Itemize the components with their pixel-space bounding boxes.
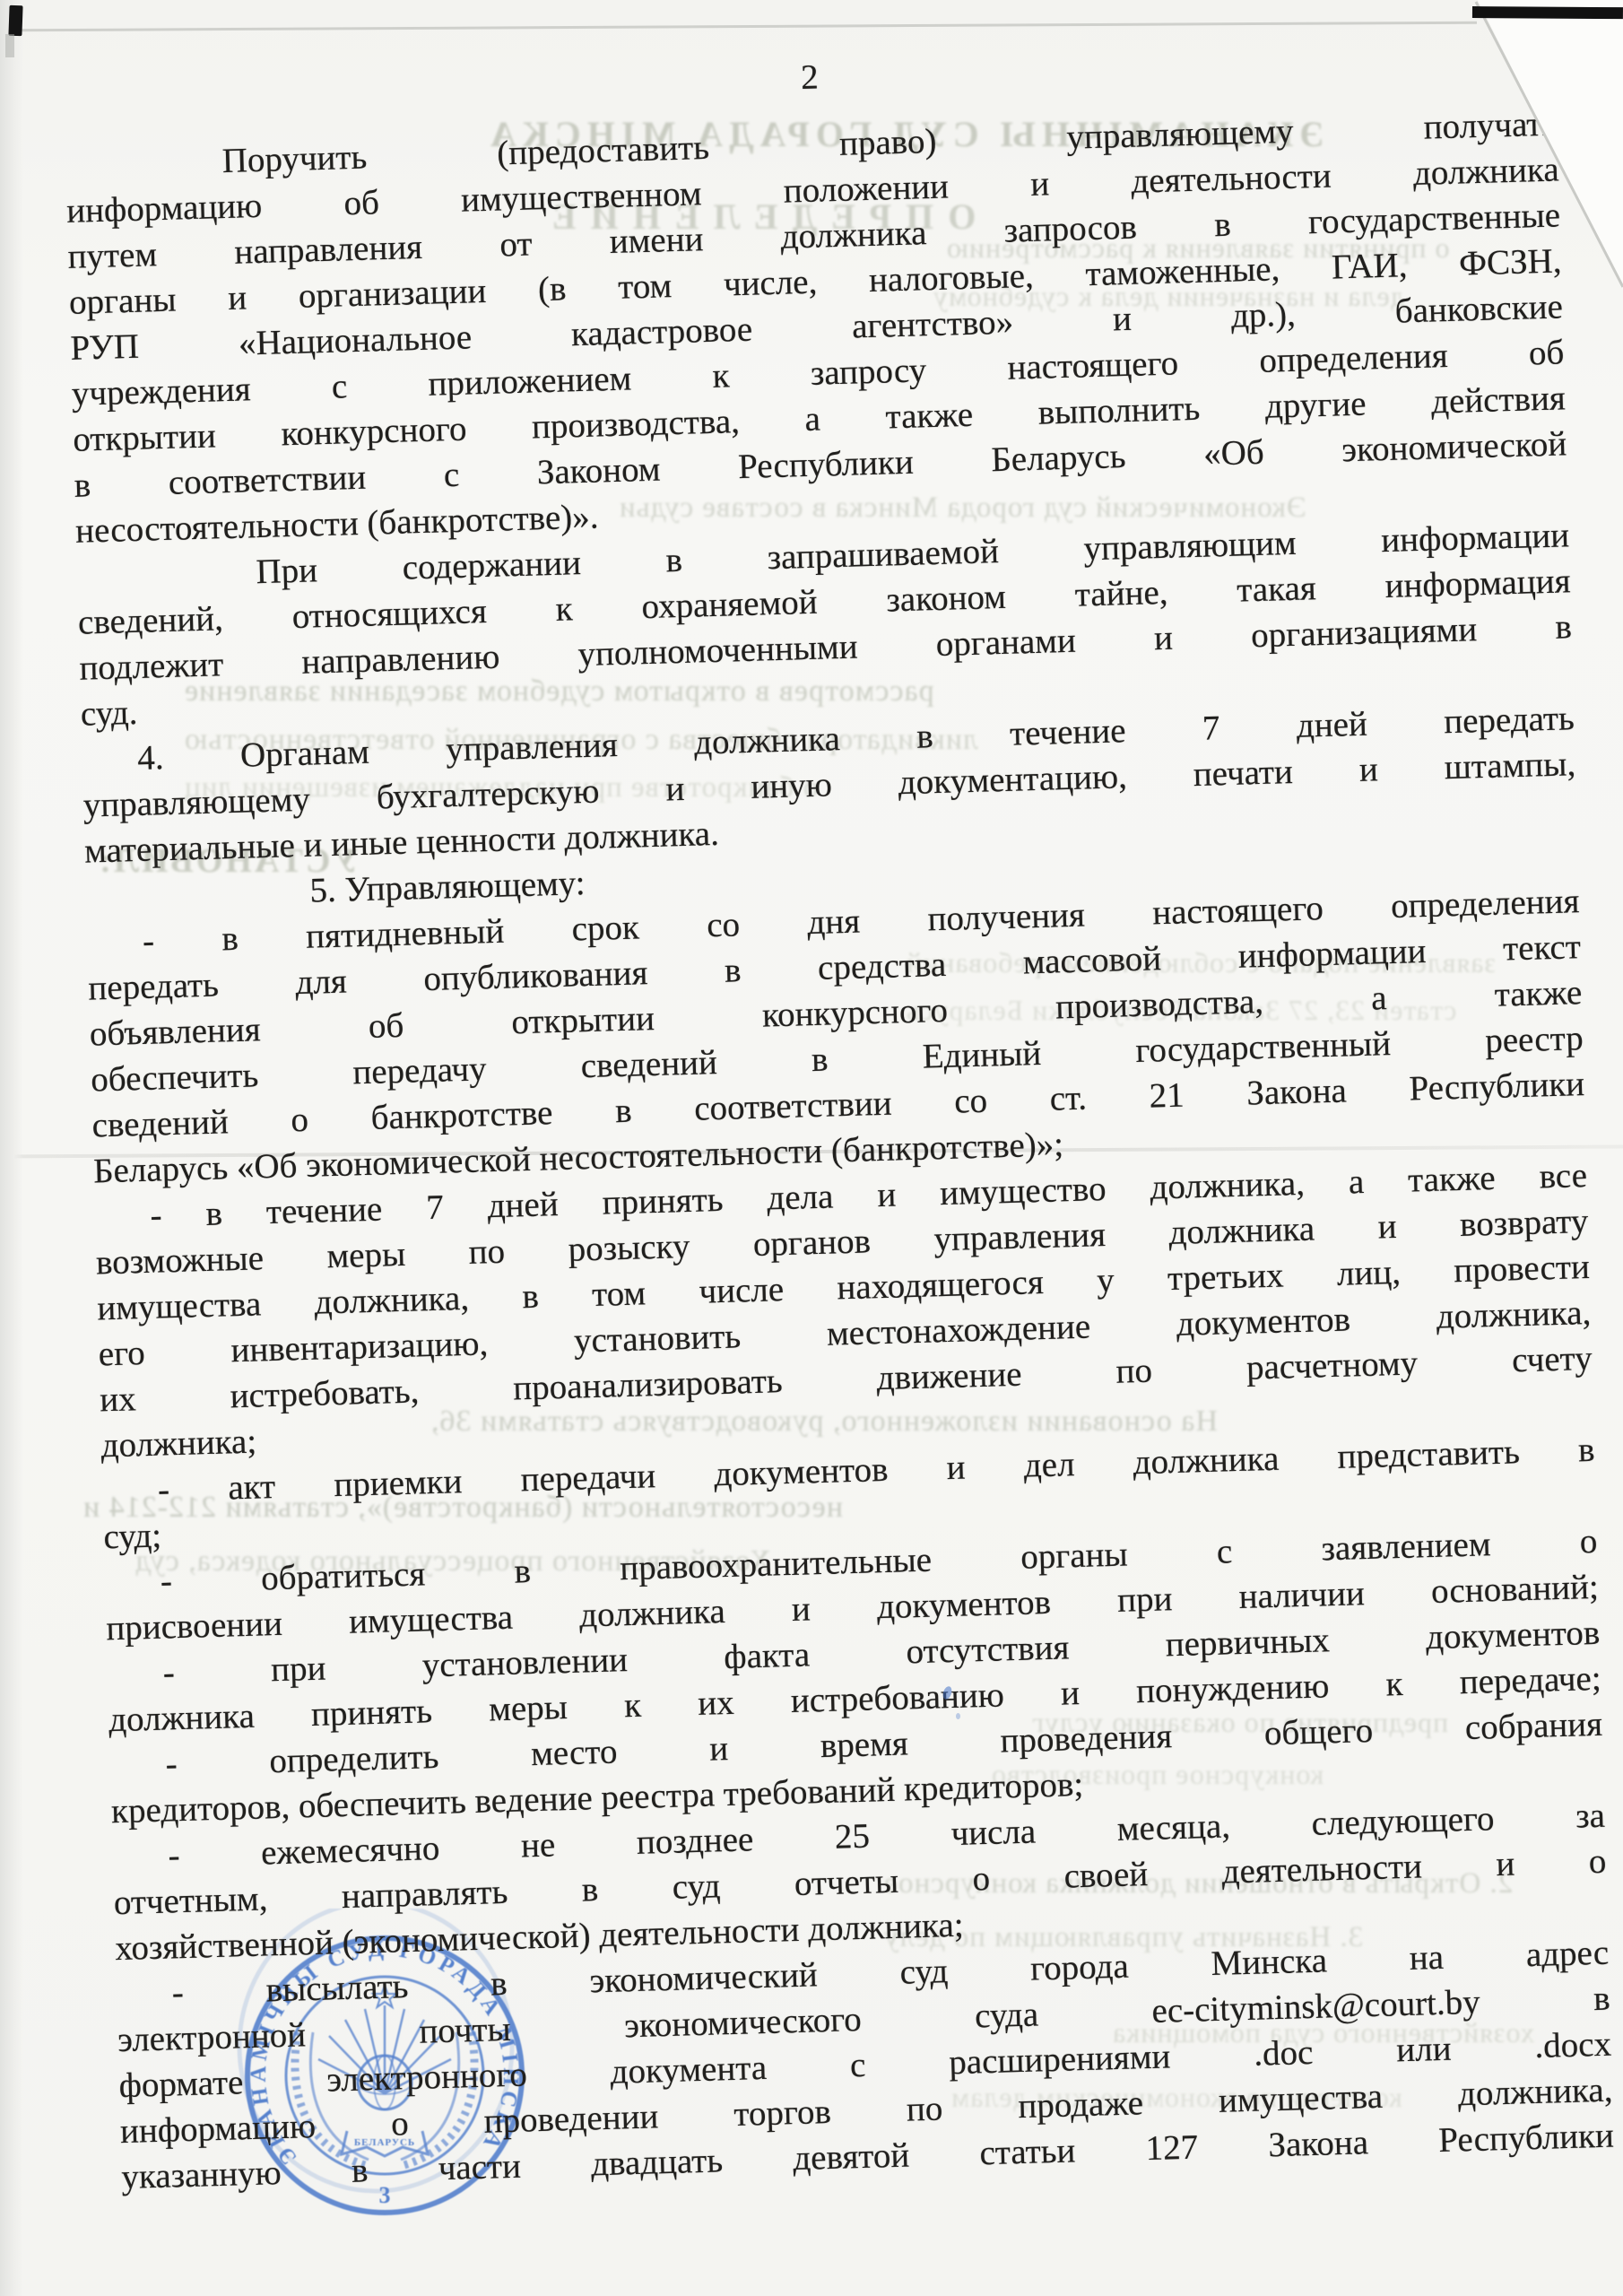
document-text: Поручить (предоставить право) управляюще…: [65, 100, 1614, 2200]
top-paper-edge: [20, 22, 1477, 32]
left-scan-edge: [0, 0, 23, 2296]
ink-speck: [956, 1713, 960, 1719]
scanner-lid-shadow: [1472, 6, 1623, 19]
corner-smudge: [5, 34, 14, 57]
scanned-document-page: ЭКАНАМІЧНЫ СУД ГОРАДА МІНСКАОПРЕДЕЛЕНИЕо…: [0, 0, 1623, 2296]
corner-ink-mark: [8, 5, 22, 37]
document-body: 2 Поручить (предоставить право) управляю…: [63, 34, 1615, 2201]
